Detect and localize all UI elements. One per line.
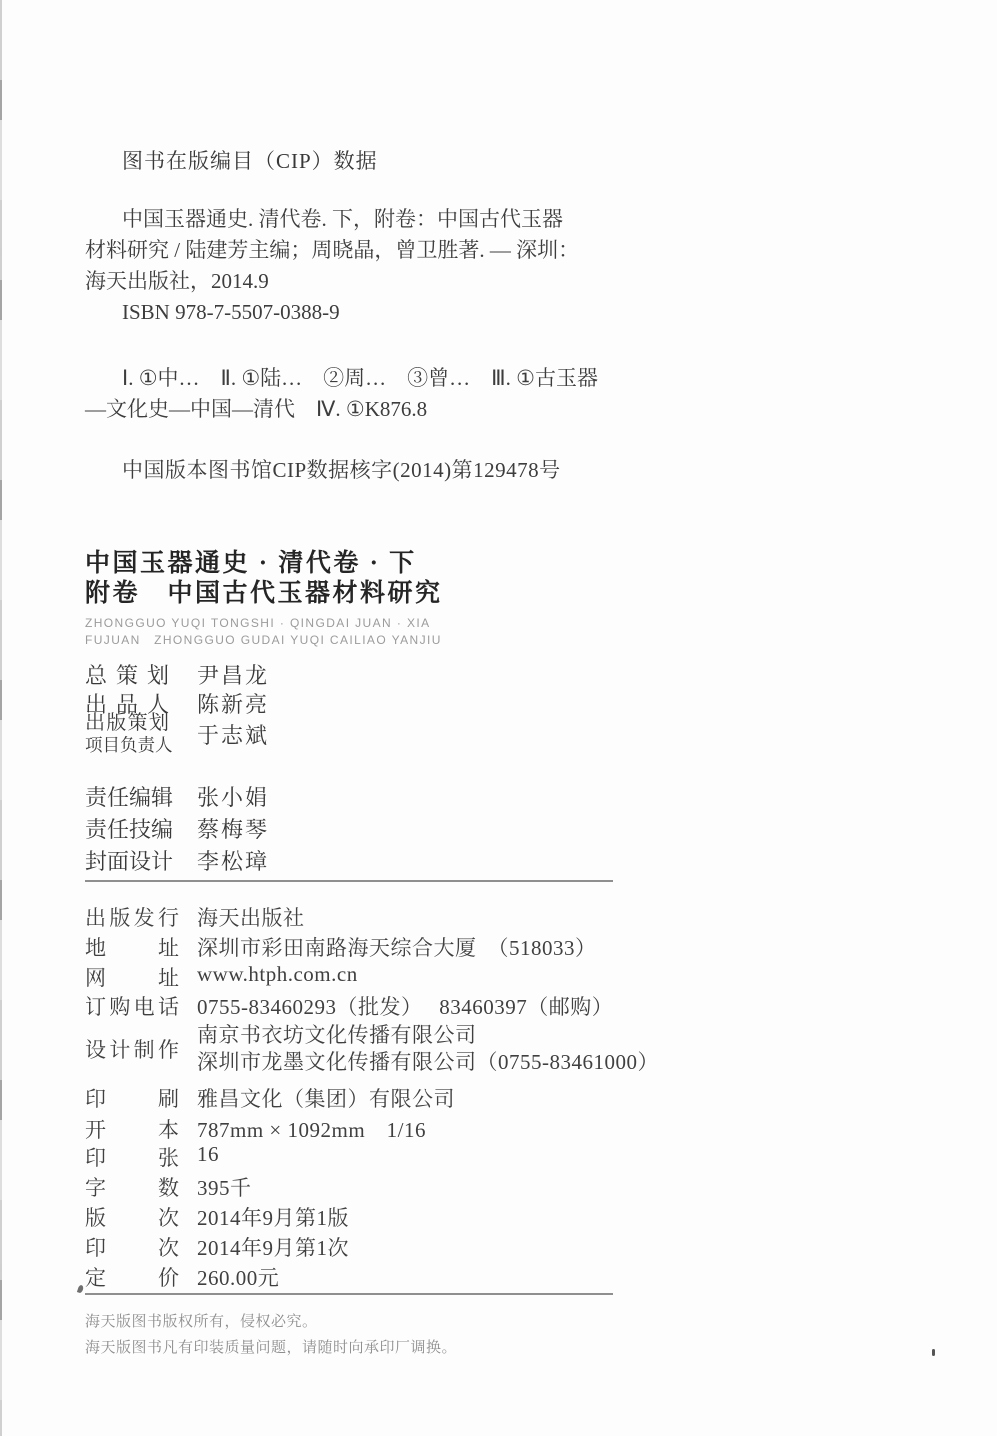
pub-field-label: 出版发行	[85, 902, 179, 932]
staff-role-label: 责任编辑	[85, 781, 169, 812]
cip-record-line: 材料研究 / 陆建芳主编；周晓晶，曾卫胜著. — 深圳：	[85, 235, 605, 266]
staff-row-technical-editor: 责任技编 蔡梅琴	[85, 813, 269, 844]
pub-field-label: 版次	[85, 1202, 179, 1232]
staff-role-label: 责任技编	[85, 813, 169, 844]
cip-record: 中国玉器通史. 清代卷. 下，附卷：中国古代玉器 材料研究 / 陆建芳主编；周晓…	[85, 204, 605, 328]
pub-field-value: www.htph.com.cn	[197, 962, 358, 987]
classification-line: Ⅰ. ①中… Ⅱ. ①陆… ②周… ③曾… Ⅲ. ①古玉器	[85, 363, 625, 394]
book-title-block: 中国玉器通史 · 清代卷 · 下 附卷 中国古代玉器材料研究 ZHONGGUO …	[85, 549, 443, 649]
pub-field-value: 395千	[197, 1172, 252, 1202]
pub-row-edition: 版次 2014年9月第1版	[85, 1202, 349, 1232]
staff-role-label: 项目负责人	[85, 735, 169, 756]
cip-registration-number: 中国版本图书馆CIP数据核字(2014)第129478号	[122, 454, 561, 484]
title-pinyin-line2: FUJUAN ZHONGGUO GUDAI YUQI CAILIAO YANJI…	[85, 632, 443, 649]
pub-field-value: 260.00元	[197, 1262, 279, 1292]
isbn-line: ISBN 978-7-5507-0388-9	[85, 297, 605, 328]
staff-role-label: 出版策划	[85, 712, 169, 735]
quality-exchange-notice: 海天版图书凡有印装质量问题，请随时向承印厂调换。	[85, 1336, 457, 1357]
pub-row-format: 开本 787mm × 1092mm 1/16	[85, 1114, 426, 1144]
pub-row-address: 地址 深圳市彩田南路海天综合大厦 （518033）	[85, 932, 597, 962]
pub-row-publisher: 出版发行 海天出版社	[85, 902, 305, 932]
staff-person-name: 李松璋	[197, 845, 269, 876]
pub-field-label: 字数	[85, 1172, 179, 1202]
divider-rule-bottom	[85, 1293, 613, 1295]
scan-speck	[932, 1349, 935, 1356]
pub-field-value-stack: 南京书衣坊文化传播有限公司 深圳市龙墨文化传播有限公司（0755-8346100…	[197, 1022, 659, 1076]
cip-record-line: 中国玉器通史. 清代卷. 下，附卷：中国古代玉器	[85, 204, 605, 235]
pub-field-value: 2014年9月第1版	[197, 1202, 349, 1232]
pub-row-price: 定价 260.00元	[85, 1262, 279, 1292]
staff-person-name: 蔡梅琴	[197, 813, 269, 844]
staff-person-name: 于志斌	[197, 719, 269, 750]
pub-row-word-count: 字数 395千	[85, 1172, 252, 1202]
classification-line: —文化史—中国—清代 Ⅳ. ①K876.8	[85, 394, 625, 425]
pub-field-label: 开本	[85, 1114, 179, 1144]
pub-field-label: 订购电话	[85, 991, 179, 1021]
pub-field-value: 深圳市龙墨文化传播有限公司（0755-83461000）	[197, 1049, 659, 1076]
pub-row-sheets: 印张 16	[85, 1142, 219, 1172]
title-pinyin-line1: ZHONGGUO YUQI TONGSHI · QINGDAI JUAN · X…	[85, 615, 443, 632]
pub-field-label: 印张	[85, 1142, 179, 1172]
staff-row-editor: 责任编辑 张小娟	[85, 781, 269, 812]
pub-field-label: 设计制作	[85, 1034, 179, 1064]
pub-field-value: 深圳市彩田南路海天综合大厦 （518033）	[197, 932, 597, 962]
pub-field-value: 海天出版社	[197, 902, 305, 932]
pub-field-label: 印刷	[85, 1083, 179, 1113]
copyright-page: 图书在版编目（CIP）数据 中国玉器通史. 清代卷. 下，附卷：中国古代玉器 材…	[0, 0, 997, 1436]
pub-field-value: 南京书衣坊文化传播有限公司	[197, 1022, 659, 1049]
staff-person-name: 尹昌龙	[197, 659, 269, 690]
cip-classification: Ⅰ. ①中… Ⅱ. ①陆… ②周… ③曾… Ⅲ. ①古玉器 —文化史—中国—清代…	[85, 363, 625, 425]
pub-field-label: 印次	[85, 1232, 179, 1262]
pub-row-website: 网址 www.htph.com.cn	[85, 962, 358, 992]
pub-row-design-production: 设计制作 南京书衣坊文化传播有限公司 深圳市龙墨文化传播有限公司（0755-83…	[85, 1022, 659, 1076]
divider-rule-top	[85, 880, 613, 882]
pub-field-label: 网址	[85, 962, 179, 992]
staff-role-label: 总策划	[85, 659, 169, 690]
pub-field-value: 787mm × 1092mm 1/16	[197, 1114, 426, 1144]
pub-field-value: 16	[197, 1142, 219, 1167]
copyright-notice: 海天版图书版权所有，侵权必究。	[85, 1310, 318, 1331]
pub-field-label: 地址	[85, 932, 179, 962]
scan-edge-artifact	[0, 0, 2, 1436]
pub-field-value: 2014年9月第1次	[197, 1232, 349, 1262]
pub-field-value: 雅昌文化（集团）有限公司	[197, 1083, 455, 1113]
cip-data-header: 图书在版编目（CIP）数据	[122, 145, 378, 175]
staff-role-label-stack: 出版策划 项目负责人	[85, 712, 169, 756]
book-title-line2: 附卷 中国古代玉器材料研究	[85, 579, 443, 609]
pub-field-value: 0755-83460293（批发） 83460397（邮购）	[197, 991, 613, 1021]
cip-record-line: 海天出版社，2014.9	[85, 266, 605, 297]
staff-row-chief-planner: 总策划 尹昌龙	[85, 659, 269, 690]
pub-row-order-phone: 订购电话 0755-83460293（批发） 83460397（邮购）	[85, 991, 613, 1021]
pub-row-printer: 印刷 雅昌文化（集团）有限公司	[85, 1083, 455, 1113]
pub-field-label: 定价	[85, 1262, 179, 1292]
staff-row-publishing-planner: 出版策划 项目负责人 于志斌	[85, 712, 269, 756]
staff-person-name: 张小娟	[197, 781, 269, 812]
staff-row-cover-designer: 封面设计 李松璋	[85, 845, 269, 876]
pub-row-impression: 印次 2014年9月第1次	[85, 1232, 349, 1262]
staff-role-label: 封面设计	[85, 845, 169, 876]
book-title-line1: 中国玉器通史 · 清代卷 · 下	[85, 549, 443, 579]
scan-speck	[77, 1284, 84, 1293]
